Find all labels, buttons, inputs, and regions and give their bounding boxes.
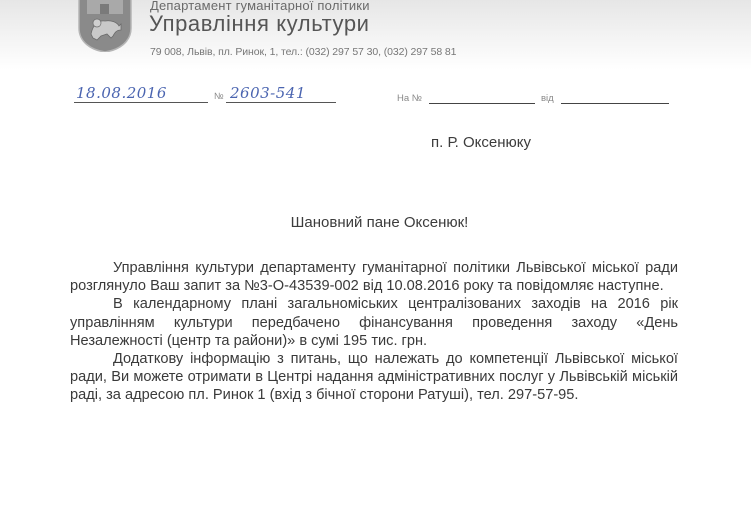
letterhead-title: Управління культури bbox=[149, 11, 370, 37]
registration-number: 2603-541 bbox=[230, 84, 306, 102]
date-underline bbox=[74, 102, 208, 103]
lviv-coat-of-arms-icon bbox=[77, 0, 133, 52]
number-underline bbox=[226, 102, 336, 103]
registration-date: 18.08.2016 bbox=[76, 84, 167, 102]
paragraph: В календарному плані загальноміських цен… bbox=[70, 295, 678, 350]
paragraph: Додаткову інформацію з питань, що належа… bbox=[70, 350, 678, 405]
reply-number-label: На № bbox=[397, 93, 422, 104]
number-sign: № bbox=[214, 91, 224, 101]
letterhead-address: 79 008, Львів, пл. Ринок, 1, тел.: (032)… bbox=[150, 46, 456, 58]
reply-date-underline bbox=[561, 103, 669, 104]
reply-number-underline bbox=[429, 103, 535, 104]
addressee: п. Р. Оксенюку bbox=[431, 134, 531, 151]
greeting: Шановний пане Оксенюк! bbox=[291, 214, 469, 231]
greeting-line: Шановний пане Оксенюк! bbox=[0, 214, 751, 231]
letter-body: Управління культури департаменту гуманіт… bbox=[70, 259, 678, 405]
reply-date-label: від bbox=[541, 93, 554, 104]
paragraph: Управління культури департаменту гуманіт… bbox=[70, 259, 678, 295]
